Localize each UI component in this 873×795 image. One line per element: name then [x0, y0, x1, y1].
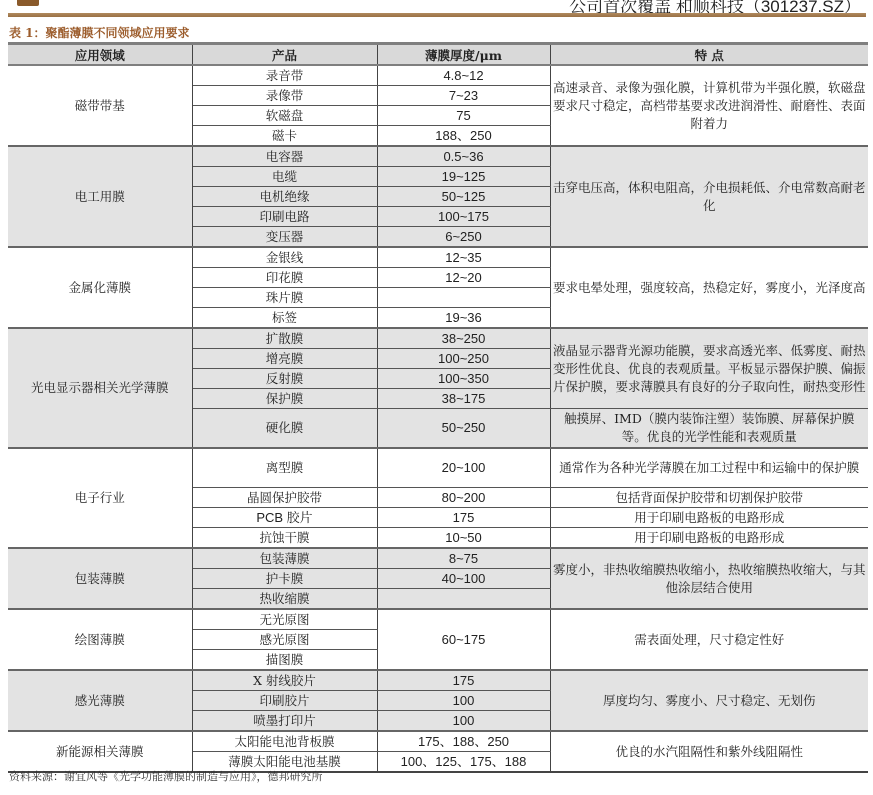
thickness-cell: 100~175 [377, 207, 550, 227]
product-cell: 增亮膜 [192, 349, 377, 369]
features-cell: 通常作为各种光学薄膜在加工过程中和运输中的保护膜 [550, 448, 868, 488]
thickness-cell: 40~100 [377, 569, 550, 589]
product-cell: 热收缩膜 [192, 589, 377, 610]
product-cell: 电容器 [192, 146, 377, 167]
field-cell: 电工用膜 [8, 146, 192, 247]
product-cell: 电机绝缘 [192, 187, 377, 207]
features-cell: 包括背面保护胶带和切割保护胶带 [550, 488, 868, 508]
features-cell: 用于印刷电路板的电路形成 [550, 508, 868, 528]
thickness-cell: 188、250 [377, 126, 550, 147]
thickness-cell: 175、188、250 [377, 731, 550, 752]
table-row: 电子行业 离型膜 20~100 通常作为各种光学薄膜在加工过程中和运输中的保护膜 [8, 448, 868, 488]
product-cell: 印刷胶片 [192, 691, 377, 711]
thickness-cell [377, 589, 550, 610]
thickness-cell: 10~50 [377, 528, 550, 549]
features-cell: 优良的水汽阻隔性和紫外线阻隔性 [550, 731, 868, 772]
field-cell: 包装薄膜 [8, 548, 192, 609]
thickness-cell: 20~100 [377, 448, 550, 488]
product-cell: 保护膜 [192, 389, 377, 409]
product-cell: 感光原图 [192, 630, 377, 650]
thickness-cell: 6~250 [377, 227, 550, 248]
product-cell: 珠片膜 [192, 288, 377, 308]
thickness-cell: 100~250 [377, 349, 550, 369]
product-cell: 金银线 [192, 247, 377, 268]
thickness-cell: 12~35 [377, 247, 550, 268]
product-cell: 标签 [192, 308, 377, 329]
thickness-cell: 7~23 [377, 86, 550, 106]
thickness-cell: 38~250 [377, 328, 550, 349]
column-header-thickness: 薄膜厚度/μm [377, 44, 550, 66]
product-cell: 印花膜 [192, 268, 377, 288]
product-cell: 录像带 [192, 86, 377, 106]
product-cell: 软磁盘 [192, 106, 377, 126]
product-cell: 无光原图 [192, 609, 377, 630]
thickness-cell: 80~200 [377, 488, 550, 508]
thickness-cell: 100 [377, 691, 550, 711]
product-cell: 印刷电路 [192, 207, 377, 227]
product-cell: 护卡膜 [192, 569, 377, 589]
product-cell: 录音带 [192, 65, 377, 86]
product-cell: 硬化膜 [192, 409, 377, 449]
field-cell: 金属化薄膜 [8, 247, 192, 328]
product-cell: X 射线胶片 [192, 670, 377, 691]
field-cell: 电子行业 [8, 448, 192, 548]
thickness-cell: 8~75 [377, 548, 550, 569]
thickness-cell: 4.8~12 [377, 65, 550, 86]
field-cell: 感光薄膜 [8, 670, 192, 731]
features-cell: 要求电晕处理，强度较高，热稳定好，雾度小，光泽度高 [550, 247, 868, 328]
table-row: 磁带带基 录音带 4.8~12 高速录音、录像为强化膜，计算机带为半强化膜，软磁… [8, 65, 868, 86]
features-cell: 用于印刷电路板的电路形成 [550, 528, 868, 549]
product-cell: 电缆 [192, 167, 377, 187]
table-row: 新能源相关薄膜 太阳能电池背板膜 175、188、250 优良的水汽阻隔性和紫外… [8, 731, 868, 752]
thickness-cell: 0.5~36 [377, 146, 550, 167]
column-header-product: 产品 [192, 44, 377, 66]
thickness-cell: 100、125、175、188 [377, 752, 550, 773]
features-cell: 需表面处理，尺寸稳定性好 [550, 609, 868, 670]
table-row: 包装薄膜 包装薄膜 8~75 雾度小，非热收缩膜热收缩小，热收缩膜热收缩大，与其… [8, 548, 868, 569]
table-row: 电工用膜 电容器 0.5~36 击穿电压高，体积电阻高，介电损耗低、介电常数高耐… [8, 146, 868, 167]
table-row: 感光薄膜 X 射线胶片 175 厚度均匀、雾度小、尺寸稳定、无划伤 [8, 670, 868, 691]
features-cell: 触摸屏、IMD（膜内装饰注塑）装饰膜、屏幕保护膜等。优良的光学性能和表观质量 [550, 409, 868, 449]
column-header-features: 特 点 [550, 44, 868, 66]
table-row: 金属化薄膜 金银线 12~35 要求电晕处理，强度较高，热稳定好，雾度小，光泽度… [8, 247, 868, 268]
features-cell: 击穿电压高，体积电阻高，介电损耗低、介电常数高耐老化 [550, 146, 868, 247]
features-cell: 液晶显示器背光源功能膜，要求高透光率、低雾度、耐热变形性优良、优良的表观质量。平… [550, 328, 868, 409]
brand-logo-icon [17, 0, 39, 6]
thickness-cell: 100~350 [377, 369, 550, 389]
product-cell: PCB 胶片 [192, 508, 377, 528]
thickness-cell: 60~175 [377, 609, 550, 670]
table-header-row: 应用领域 产品 薄膜厚度/μm 特 点 [8, 44, 868, 66]
product-cell: 喷墨打印片 [192, 711, 377, 732]
table-title: 表 1：聚酯薄膜不同领域应用要求 [9, 24, 190, 41]
film-application-table: 应用领域 产品 薄膜厚度/μm 特 点 磁带带基 录音带 4.8~12 高速录音… [8, 42, 868, 773]
product-cell: 变压器 [192, 227, 377, 248]
thickness-cell: 175 [377, 508, 550, 528]
product-cell: 包装薄膜 [192, 548, 377, 569]
features-cell: 雾度小，非热收缩膜热收缩小，热收缩膜热收缩大，与其他涂层结合使用 [550, 548, 868, 609]
column-header-field: 应用领域 [8, 44, 192, 66]
product-cell: 离型膜 [192, 448, 377, 488]
header-divider [8, 13, 866, 17]
product-cell: 抗蚀干膜 [192, 528, 377, 549]
table-row: 绘图薄膜 无光原图 60~175 需表面处理，尺寸稳定性好 [8, 609, 868, 630]
field-cell: 光电显示器相关光学薄膜 [8, 328, 192, 448]
thickness-cell: 50~250 [377, 409, 550, 449]
source-note: 资料来源：谢宜风等《光学功能薄膜的制造与应用》，德邦研究所 [9, 768, 323, 784]
thickness-cell: 100 [377, 711, 550, 732]
features-cell: 厚度均匀、雾度小、尺寸稳定、无划伤 [550, 670, 868, 731]
product-cell: 晶圆保护胶带 [192, 488, 377, 508]
features-cell: 高速录音、录像为强化膜，计算机带为半强化膜，软磁盘要求尺寸稳定，高档带基要求改进… [550, 65, 868, 146]
thickness-cell [377, 288, 550, 308]
thickness-cell: 50~125 [377, 187, 550, 207]
thickness-cell: 19~36 [377, 308, 550, 329]
product-cell: 描图膜 [192, 650, 377, 671]
thickness-cell: 75 [377, 106, 550, 126]
thickness-cell: 38~175 [377, 389, 550, 409]
field-cell: 绘图薄膜 [8, 609, 192, 670]
product-cell: 太阳能电池背板膜 [192, 731, 377, 752]
thickness-cell: 12~20 [377, 268, 550, 288]
field-cell: 新能源相关薄膜 [8, 731, 192, 772]
thickness-cell: 19~125 [377, 167, 550, 187]
product-cell: 扩散膜 [192, 328, 377, 349]
product-cell: 反射膜 [192, 369, 377, 389]
product-cell: 磁卡 [192, 126, 377, 147]
field-cell: 磁带带基 [8, 65, 192, 146]
table-row: 光电显示器相关光学薄膜 扩散膜 38~250 液晶显示器背光源功能膜，要求高透光… [8, 328, 868, 349]
thickness-cell: 175 [377, 670, 550, 691]
